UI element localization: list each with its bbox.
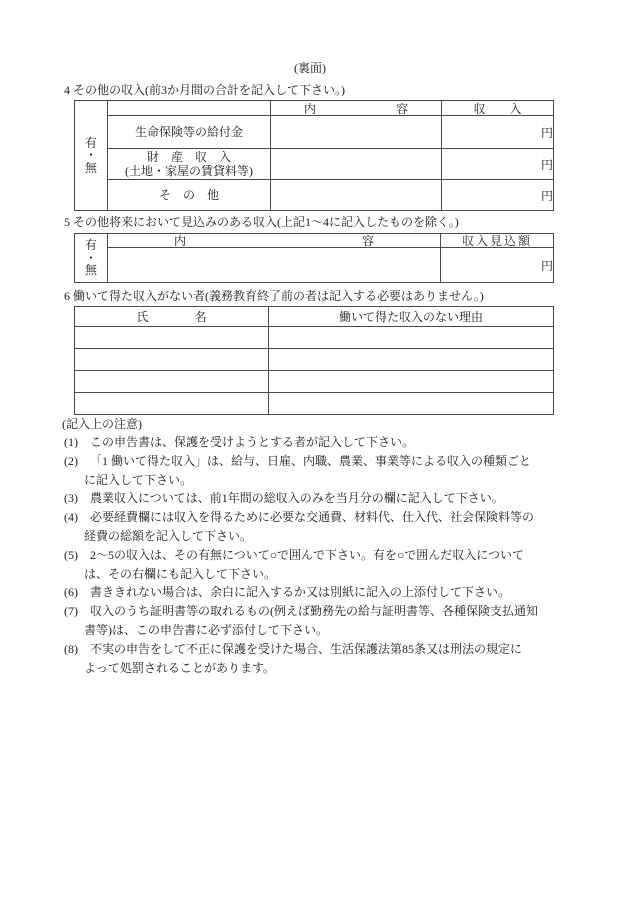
note-text: この申告書は、保護を受けようとする者が記入して下さい。 bbox=[90, 433, 414, 452]
note-number: (1) bbox=[64, 433, 90, 452]
note-text: よって処罰されることがあります。 bbox=[84, 659, 569, 678]
table-row bbox=[75, 371, 554, 393]
row-label-other: そ の 他 bbox=[108, 180, 271, 211]
note-item: (8)不実の申告をして不正に保護を受けた場合、生活保護法第85条又は刑法の規定に… bbox=[64, 640, 569, 678]
note-number: (3) bbox=[64, 489, 90, 508]
name-input-cell bbox=[75, 393, 269, 415]
note-text: 2～5の収入は、その有無について○で囲んで下さい。有を○で囲んだ収入について bbox=[90, 546, 524, 565]
note-number: (6) bbox=[64, 583, 90, 602]
note-text: 農業収入については、前1年間の総収入のみを当月分の欄に記入して下さい。 bbox=[90, 489, 504, 508]
content-input-cell bbox=[271, 116, 442, 149]
note-number: (5) bbox=[64, 546, 90, 565]
note-number: (4) bbox=[64, 508, 90, 527]
name-input-cell bbox=[75, 349, 269, 371]
table-row: 氏名 働いて得た収入のない理由 bbox=[75, 307, 554, 327]
table-row bbox=[75, 327, 554, 349]
table-row: 生命保険等の給付金 円 bbox=[75, 116, 554, 149]
note-item: (5)2～5の収入は、その有無について○で囲んで下さい。有を○で囲んだ収入につい… bbox=[64, 546, 569, 584]
reason-column-header: 働いて得た収入のない理由 bbox=[269, 307, 554, 327]
income-header-text: 収入 bbox=[474, 103, 522, 115]
reason-input-cell bbox=[269, 349, 554, 371]
presence-yes-no-cell: 有 ・ 無 bbox=[75, 101, 108, 211]
table-row: 有 ・ 無 内容 収入見込額 bbox=[75, 234, 554, 248]
notes-list: (1)この申告書は、保護を受けようとする者が記入して下さい。 (2)「1 働いて… bbox=[64, 433, 569, 677]
note-item: (2)「1 働いて得た収入」は、給与、日雇、内職、農業、事業等による収入の種類ご… bbox=[64, 452, 569, 490]
name-header-text: 氏名 bbox=[137, 311, 207, 323]
note-text: は、その右欄にも記入して下さい。 bbox=[84, 565, 569, 584]
back-side-label: (裏面) bbox=[0, 61, 620, 75]
notes-title: (記入上の注意) bbox=[62, 417, 142, 431]
expected-amount-header: 収入見込額 bbox=[441, 234, 554, 248]
amount-cell: 円 bbox=[442, 180, 554, 211]
reason-input-cell bbox=[269, 371, 554, 393]
note-item: (7)収入のうち証明書等の取れるもの(例えば勤務先の給与証明書等、各種保険支払通… bbox=[64, 602, 569, 640]
reason-input-cell bbox=[269, 327, 554, 349]
content-header-text: 内容 bbox=[304, 103, 408, 115]
note-number: (8) bbox=[64, 640, 90, 659]
note-item: (3)農業収入については、前1年間の総収入のみを当月分の欄に記入して下さい。 bbox=[64, 489, 569, 508]
other-income-table: 有 ・ 無 内容 収入 生命保険等の給付金 円 財 産 収 入 bbox=[74, 100, 554, 211]
note-text: 収入のうち証明書等の取れるもの(例えば勤務先の給与証明書等、各種保険支払通知 bbox=[90, 602, 538, 621]
yen-unit: 円 bbox=[541, 189, 553, 203]
content-header-text: 内容 bbox=[174, 235, 374, 247]
yen-unit: 円 bbox=[541, 126, 553, 140]
note-text: 書等)は、この申告書に必ず添付して下さい。 bbox=[84, 621, 569, 640]
table-row bbox=[75, 393, 554, 415]
content-input-cell bbox=[108, 248, 441, 283]
note-text: 「1 働いて得た収入」は、給与、日雇、内職、農業、事業等による収入の種類ごと bbox=[90, 452, 531, 471]
amount-cell: 円 bbox=[442, 149, 554, 180]
reason-input-cell bbox=[269, 393, 554, 415]
document-page: (裏面) 4 その他の収入(前3か月間の合計を記入して下さい。) 有 ・ 無 内… bbox=[0, 0, 630, 903]
table-row: 財 産 収 入 (土地・家屋の賃貸料等) 円 bbox=[75, 149, 554, 180]
yen-unit: 円 bbox=[541, 158, 553, 172]
note-number: (7) bbox=[64, 602, 90, 621]
content-column-header: 内容 bbox=[108, 234, 441, 248]
expected-income-table: 有 ・ 無 内容 収入見込額 円 bbox=[74, 233, 554, 283]
label-column-header-cell bbox=[108, 101, 271, 116]
note-item: (6)書ききれない場合は、余白に記入するか又は別紙に記入の上添付して下さい。 bbox=[64, 583, 569, 602]
note-number: (2) bbox=[64, 452, 90, 471]
section-4-heading: 4 その他の収入(前3か月間の合計を記入して下さい。) bbox=[64, 83, 345, 97]
amount-cell: 円 bbox=[441, 248, 554, 283]
content-input-cell bbox=[271, 180, 442, 211]
row-label-property-income: 財 産 収 入 (土地・家屋の賃貸料等) bbox=[108, 149, 271, 180]
note-text: 書ききれない場合は、余白に記入するか又は別紙に記入の上添付して下さい。 bbox=[90, 583, 510, 602]
note-text: 不実の申告をして不正に保護を受けた場合、生活保護法第85条又は刑法の規定に bbox=[90, 640, 522, 659]
content-input-cell bbox=[271, 149, 442, 180]
row-label-life-insurance: 生命保険等の給付金 bbox=[108, 116, 271, 149]
yen-unit: 円 bbox=[541, 259, 553, 273]
table-row bbox=[75, 349, 554, 371]
table-row: 円 bbox=[75, 248, 554, 283]
name-input-cell bbox=[75, 327, 269, 349]
note-text: に記入して下さい。 bbox=[84, 471, 569, 490]
note-item: (4)必要経費欄には収入を得るために必要な交通費、材料代、仕入代、社会保険料等の… bbox=[64, 508, 569, 546]
presence-yes-no-cell: 有 ・ 無 bbox=[75, 234, 108, 283]
table-row: 有 ・ 無 内容 収入 bbox=[75, 101, 554, 116]
income-column-header: 収入 bbox=[442, 101, 554, 116]
name-input-cell bbox=[75, 371, 269, 393]
amount-cell: 円 bbox=[442, 116, 554, 149]
note-text: 必要経費欄には収入を得るために必要な交通費、材料代、仕入代、社会保険料等の bbox=[90, 508, 534, 527]
note-item: (1)この申告書は、保護を受けようとする者が記入して下さい。 bbox=[64, 433, 569, 452]
table-row: そ の 他 円 bbox=[75, 180, 554, 211]
name-column-header: 氏名 bbox=[75, 307, 269, 327]
section-6-heading: 6 働いて得た収入がない者(義務教育終了前の者は記入する必要はありません。) bbox=[64, 289, 484, 303]
content-column-header: 内容 bbox=[271, 101, 442, 116]
section-5-heading: 5 その他将来において見込みのある収入(上記1～4に記入したものを除く。) bbox=[64, 215, 459, 229]
note-text: 経費の総額を記入して下さい。 bbox=[84, 527, 569, 546]
no-work-income-table: 氏名 働いて得た収入のない理由 bbox=[74, 306, 554, 415]
